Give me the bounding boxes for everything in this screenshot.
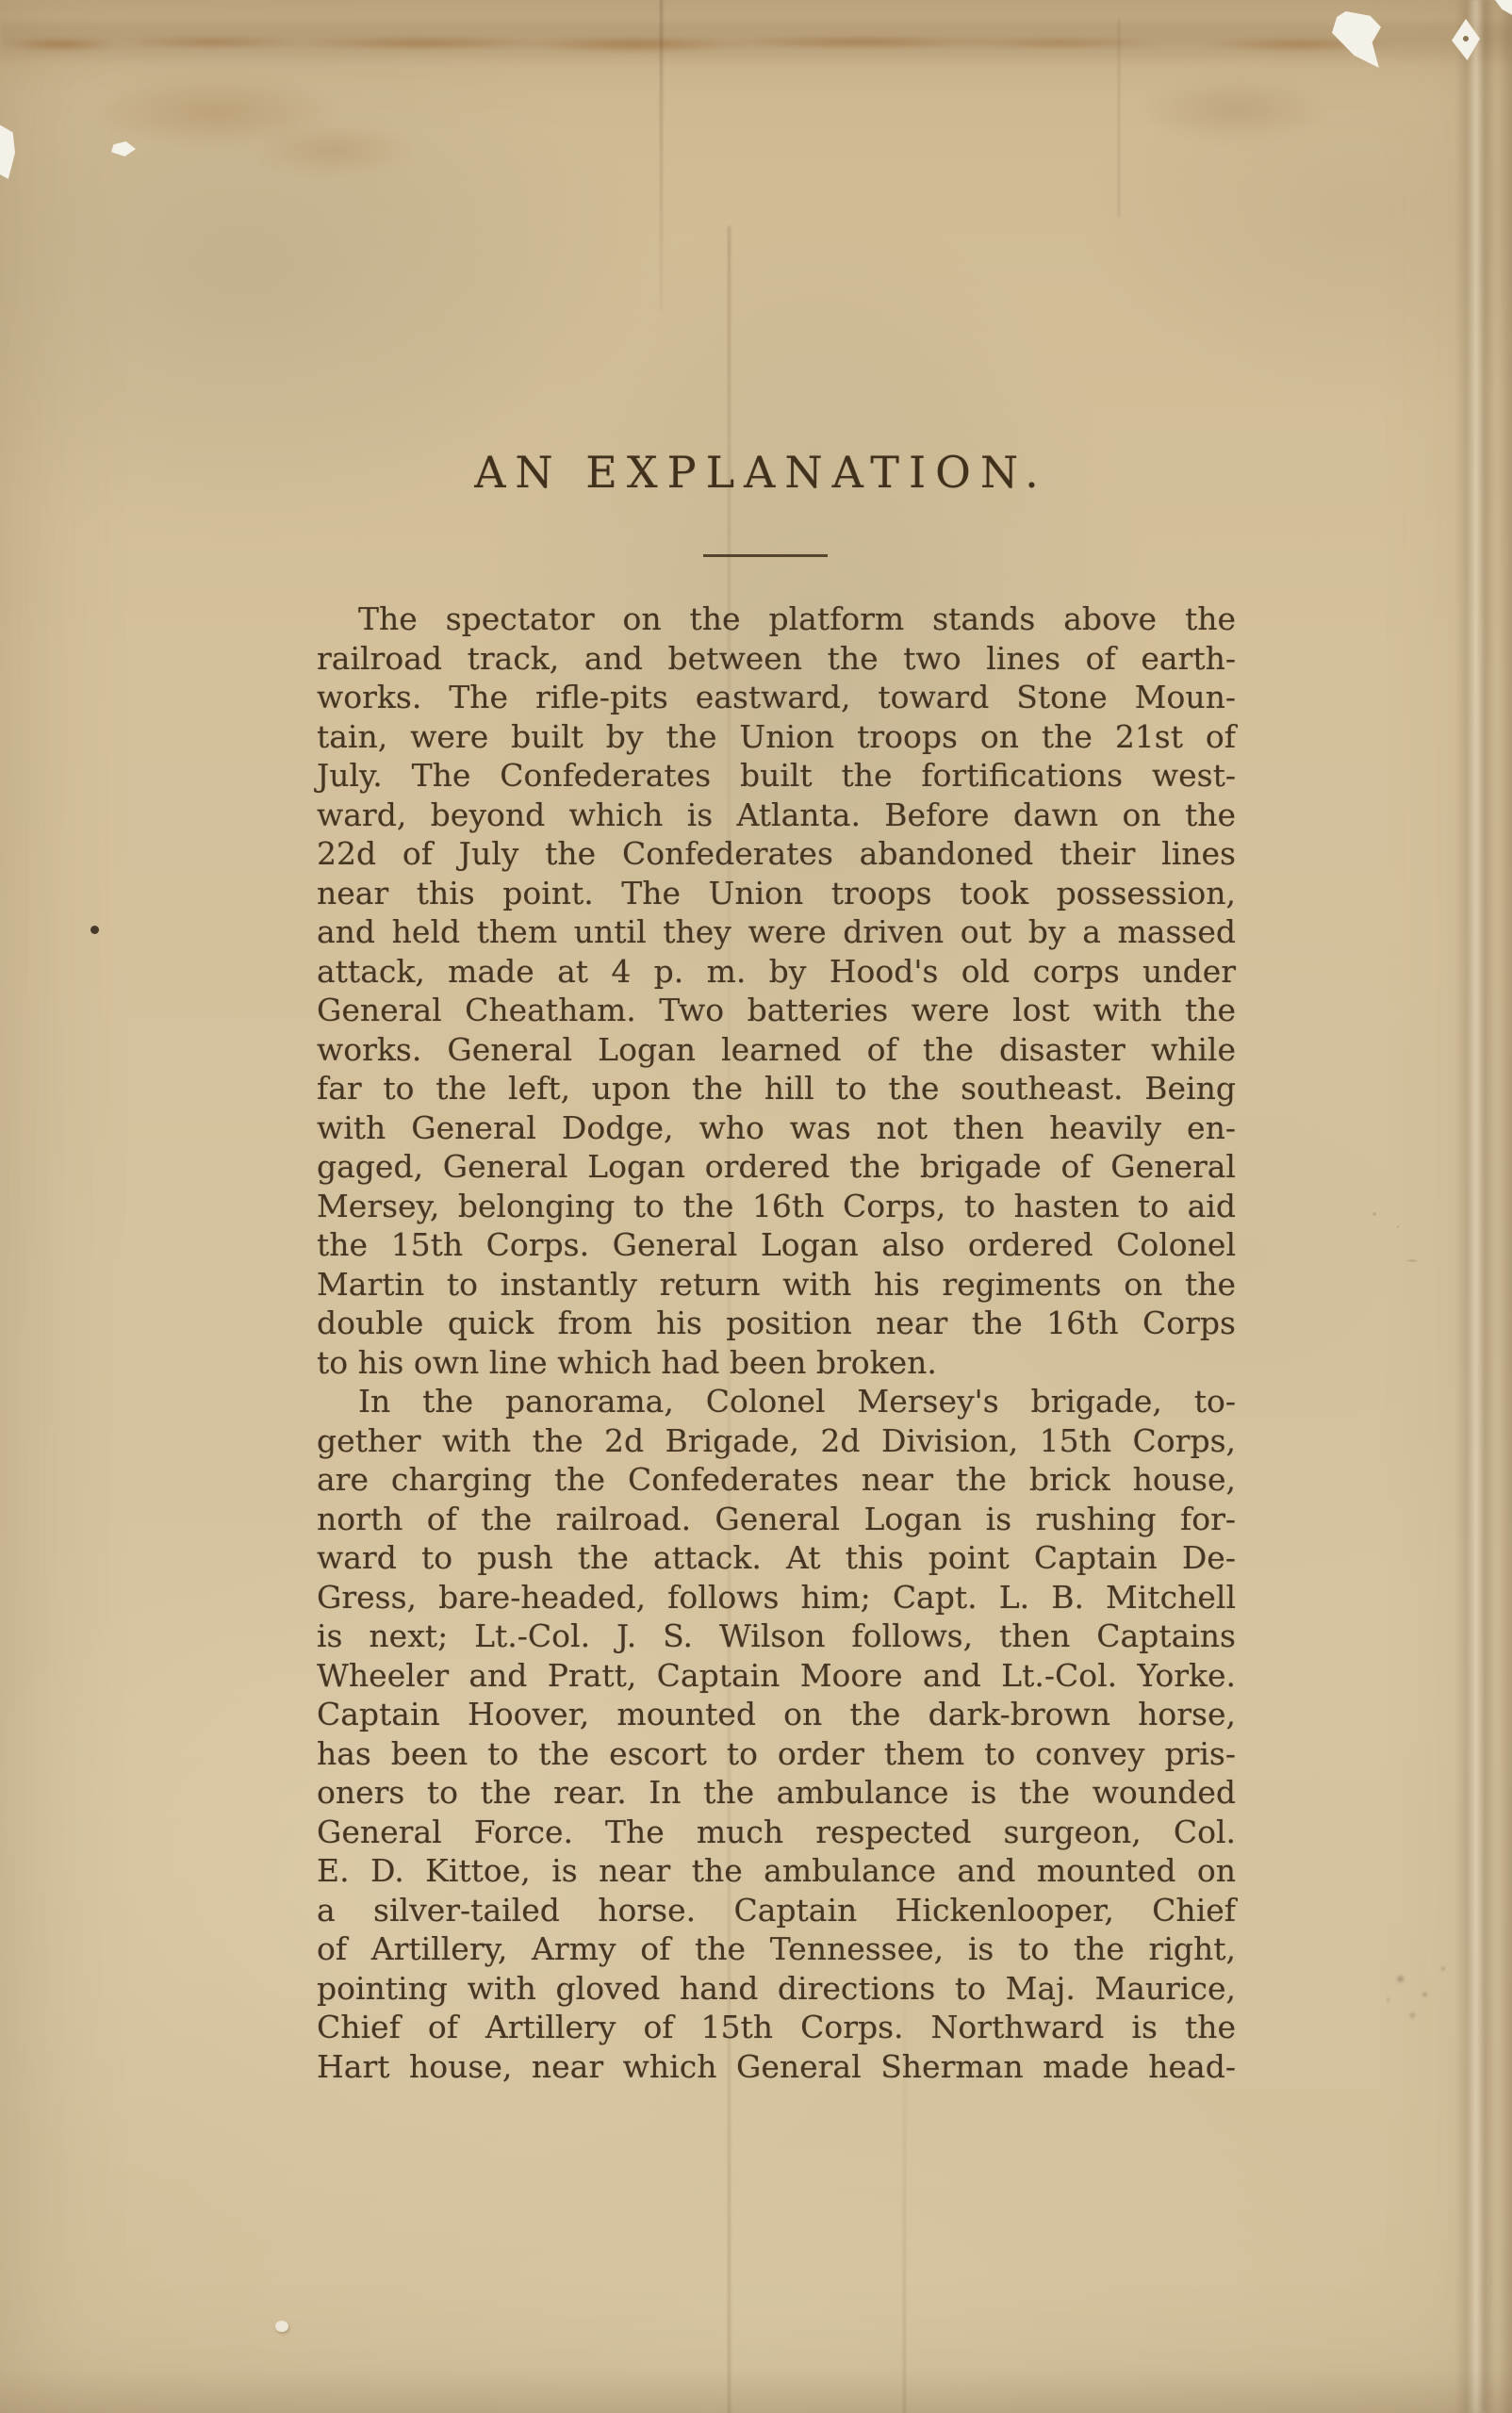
text-line: far to the left, upon the hill to the so… — [317, 1069, 1236, 1108]
title-divider-rule — [703, 554, 828, 557]
text-line: gaged, General Logan ordered the brigade… — [317, 1147, 1236, 1187]
document-body: The spectator on the platform stands abo… — [317, 599, 1236, 2086]
text-line: works. General Logan learned of the disa… — [317, 1030, 1236, 1070]
text-line: near this point. The Union troops took p… — [317, 874, 1236, 913]
stain-blob — [1103, 57, 1367, 189]
text-line: north of the railroad. General Logan is … — [317, 1500, 1236, 1539]
text-line: are charging the Confederates near the b… — [317, 1460, 1236, 1500]
torn-hole-dot — [1463, 36, 1469, 41]
text-line: and held them until they were driven out… — [317, 912, 1236, 952]
text-line: tain, were built by the Union troops on … — [317, 717, 1236, 757]
text-line: oners to the rear. In the ambulance is t… — [317, 1773, 1236, 1813]
text-line: gether with the 2d Brigade, 2d Division,… — [317, 1421, 1236, 1461]
text-line: ward, beyond which is Atlanta. Before da… — [317, 796, 1236, 835]
page-edge-shadow — [1499, 0, 1512, 2413]
text-line: railroad track, and between the two line… — [317, 639, 1236, 679]
paper-speck — [275, 2321, 288, 2332]
text-line: 22d of July the Confederates abandoned t… — [317, 834, 1236, 874]
paper-crease — [1118, 19, 1120, 217]
paragraph: In the panorama, Colonel Mersey's brigad… — [317, 1382, 1236, 2086]
text-line: pointing with gloved hand directions to … — [317, 1969, 1236, 2009]
text-line: July. The Confederates built the fortifi… — [317, 756, 1236, 796]
text-line: Hart house, near which General Sherman m… — [317, 2047, 1236, 2087]
text-line: Gress, bare-headed, follows him; Capt. L… — [317, 1578, 1236, 1617]
pencil-marks — [1356, 1197, 1450, 1282]
text-line: the 15th Corps. General Logan also order… — [317, 1225, 1236, 1265]
text-line: The spectator on the platform stands abo… — [317, 599, 1236, 639]
paper-crease — [660, 0, 663, 311]
text-line: Chief of Artillery of 15th Corps. Northw… — [317, 2008, 1236, 2047]
text-line: E. D. Kittoe, is near the ambulance and … — [317, 1851, 1236, 1891]
text-line: Mersey, belonging to the 16th Corps, to … — [317, 1187, 1236, 1226]
text-line: has been to the escort to order them to … — [317, 1734, 1236, 1774]
text-line: General Force. The much respected surgeo… — [317, 1813, 1236, 1852]
text-line: Captain Hoover, mounted on the dark-brow… — [317, 1695, 1236, 1734]
scanned-document-page: AN EXPLANATION. The spectator on the pla… — [0, 0, 1512, 2413]
fold-crease-right — [1455, 0, 1493, 2413]
paragraph: The spectator on the platform stands abo… — [317, 599, 1236, 1382]
text-line: is next; Lt.-Col. J. S. Wilson follows, … — [317, 1617, 1236, 1656]
margin-ink-dot — [90, 926, 99, 934]
text-line: ward to push the attack. At this point C… — [317, 1538, 1236, 1578]
stain-blob — [57, 52, 452, 203]
text-line: of Artillery, Army of the Tennessee, is … — [317, 1929, 1236, 1969]
text-line: works. The rifle-pits eastward, toward S… — [317, 678, 1236, 717]
text-line: General Cheatham. Two batteries were los… — [317, 991, 1236, 1030]
page-edge-shadow — [0, 2370, 1512, 2413]
text-line: In the panorama, Colonel Mersey's brigad… — [317, 1382, 1236, 1421]
torn-hole — [0, 121, 15, 179]
text-line: a silver-tailed horse. Captain Hickenloo… — [317, 1891, 1236, 1930]
text-line: attack, made at 4 p. m. by Hood's old co… — [317, 952, 1236, 992]
smudge-marks — [1357, 1932, 1480, 2036]
text-line: double quick from his position near the … — [317, 1304, 1236, 1343]
text-line: to his own line which had been broken. — [317, 1343, 1236, 1383]
text-line: Wheeler and Pratt, Captain Moore and Lt.… — [317, 1656, 1236, 1696]
text-line: with General Dodge, who was not then hea… — [317, 1108, 1236, 1148]
document-title: AN EXPLANATION. — [302, 451, 1221, 494]
text-line: Martin to instantly return with his regi… — [317, 1265, 1236, 1305]
